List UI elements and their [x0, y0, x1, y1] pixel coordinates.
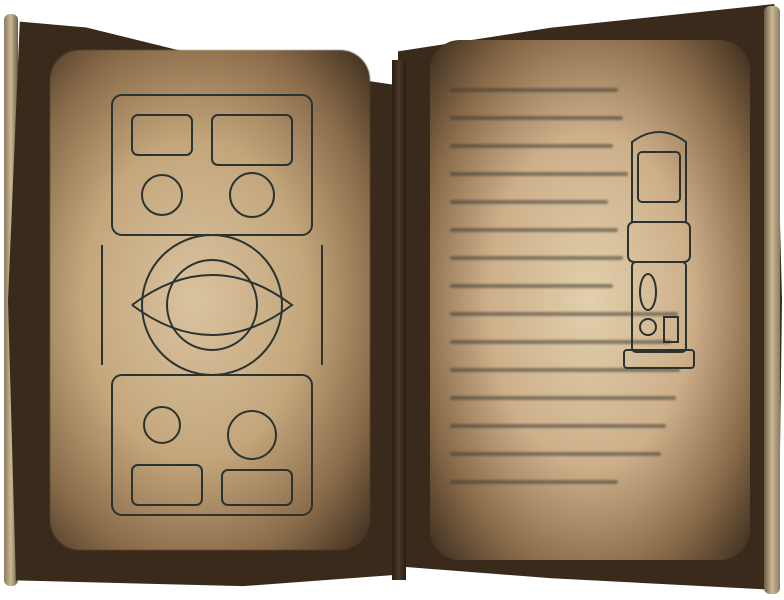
book-spine-gutter [392, 60, 406, 580]
right-page-edges [764, 6, 780, 594]
ornate-pillar-illustration [618, 122, 700, 370]
mechanical-glyph-illustration [92, 85, 332, 525]
open-book [0, 0, 784, 600]
